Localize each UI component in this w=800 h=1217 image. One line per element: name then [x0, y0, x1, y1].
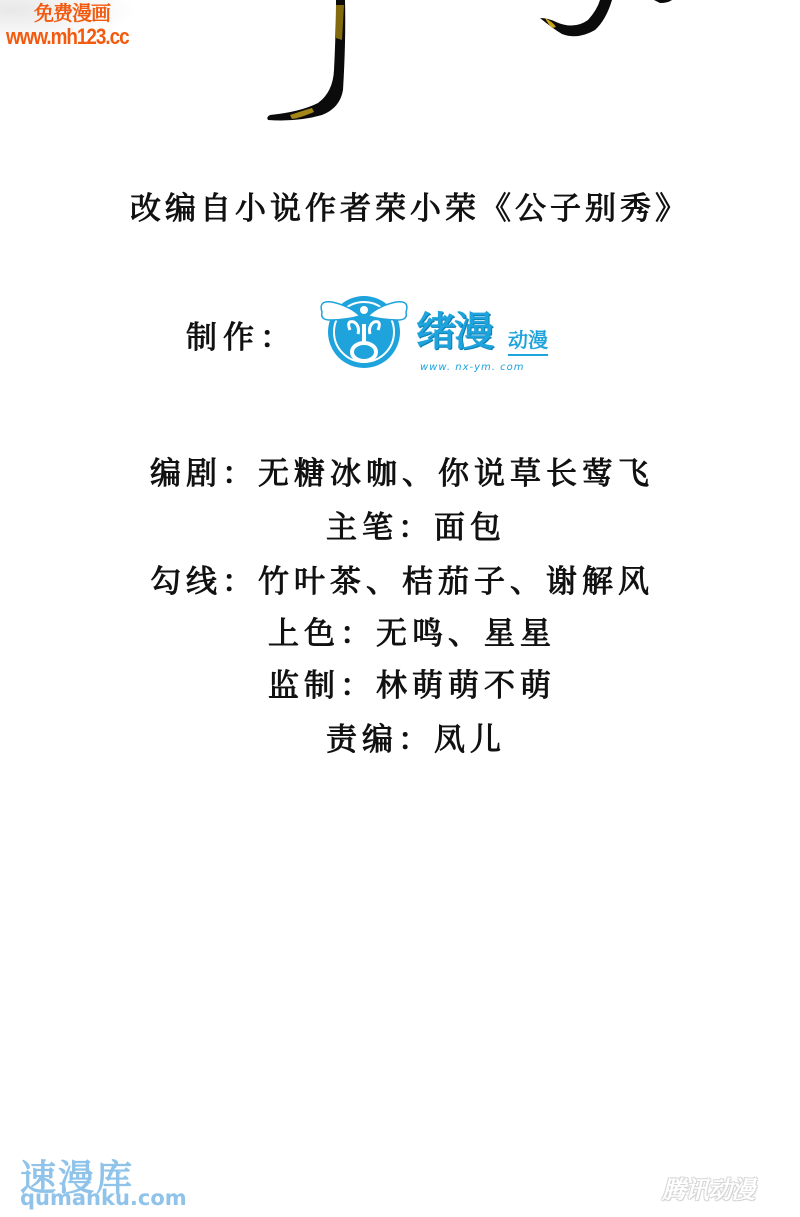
- credit-names: 竹叶茶、桔茄子、谢解风: [258, 564, 654, 600]
- adaptation-credit: 改编自小说作者荣小荣《公子别秀》: [10, 183, 800, 228]
- credit-names: 无鸣、星星: [376, 616, 556, 652]
- credit-names: 无糖冰咖、你说草长莺飞: [258, 456, 654, 492]
- credit-role: 责编：: [326, 722, 434, 758]
- studio-logo: 绪漫 动漫 www. nx-ym. com: [316, 288, 596, 380]
- credit-row-editor: 责编：凤儿: [326, 714, 506, 759]
- credit-names: 面包: [434, 510, 506, 546]
- studio-logo-subtext: 动漫: [508, 324, 548, 356]
- watermark-bottom-right: 腾讯动漫: [662, 1170, 788, 1200]
- credit-role: 编剧：: [150, 456, 258, 492]
- studio-logo-text: 绪漫: [416, 300, 492, 357]
- credit-row-line-art: 勾线：竹叶茶、桔茄子、谢解风: [150, 556, 654, 601]
- studio-logo-emblem-icon: [316, 290, 412, 370]
- watermark-bottom-left-url: qumanku.com: [20, 1186, 187, 1210]
- credit-row-supervisor: 监制：林萌萌不萌: [268, 660, 556, 705]
- credit-role: 监制：: [268, 668, 376, 704]
- credit-names: 凤儿: [434, 722, 506, 758]
- watermark-bottom-left: 速漫库 qumanku.com: [18, 1150, 178, 1210]
- calligraphy-brush-strokes: [0, 0, 800, 130]
- credit-row-scriptwriter: 编剧：无糖冰咖、你说草长莺飞: [150, 448, 654, 493]
- credit-names: 林萌萌不萌: [376, 668, 556, 704]
- studio-logo-url: www. nx-ym. com: [420, 362, 525, 373]
- producer-label: 制作：: [186, 312, 297, 357]
- credit-role: 上色：: [268, 616, 376, 652]
- credit-row-coloring: 上色：无鸣、星星: [268, 608, 556, 653]
- credit-role: 勾线：: [150, 564, 258, 600]
- credit-row-lead-artist: 主笔：面包: [326, 502, 506, 547]
- credit-role: 主笔：: [326, 510, 434, 546]
